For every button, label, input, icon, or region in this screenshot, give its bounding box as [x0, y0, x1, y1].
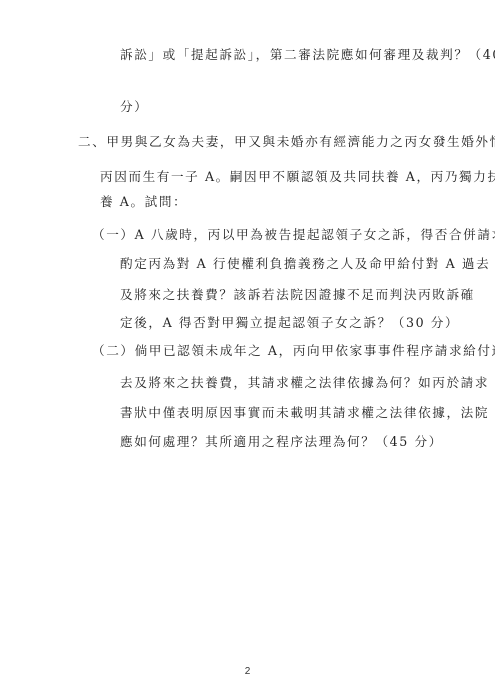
text-line-12: 書狀中僅表明原因事實而未載明其請求權之法律依據，法院	[120, 402, 489, 421]
text-line-1: 訴訟」或「提起訴訟」，第二審法院應如何審理及裁判？（40	[120, 44, 495, 63]
text-line-11: 去及將來之扶養費，其請求權之法律依據為何？如丙於請求	[120, 372, 489, 391]
text-line-9: 定後，A 得否對甲獨立提起認領子女之訴？（30 分）	[120, 312, 459, 331]
text-line-4: 丙因而生有一子 A。嗣因甲不願認領及共同扶養 A，丙乃獨力扶	[100, 166, 495, 185]
text-line-7: 酌定丙為對 A 行使權利負擔義務之人及命甲給付對 A 過去	[120, 253, 490, 272]
text-line-5: 養 A。試問：	[100, 191, 187, 210]
subquestion-1: （一）A 八歲時，丙以甲為被告提起認領子女之訴，得否合併請求	[92, 224, 495, 243]
text-line-8: 及將來之扶養費？該訴若法院因證據不足而判決丙敗訴確	[120, 284, 475, 303]
text-line-13: 應如何處理？其所適用之程序法理為何？（45 分）	[120, 431, 443, 450]
question-2-heading: 二、甲男與乙女為夫妻，甲又與未婚亦有經濟能力之丙女發生婚外情，	[78, 131, 495, 150]
page-number: 2	[0, 666, 495, 677]
text-line-2: 分）	[120, 96, 148, 115]
subquestion-2: （二）倘甲已認領未成年之 A，丙向甲依家事事件程序請求給付過	[92, 340, 495, 359]
